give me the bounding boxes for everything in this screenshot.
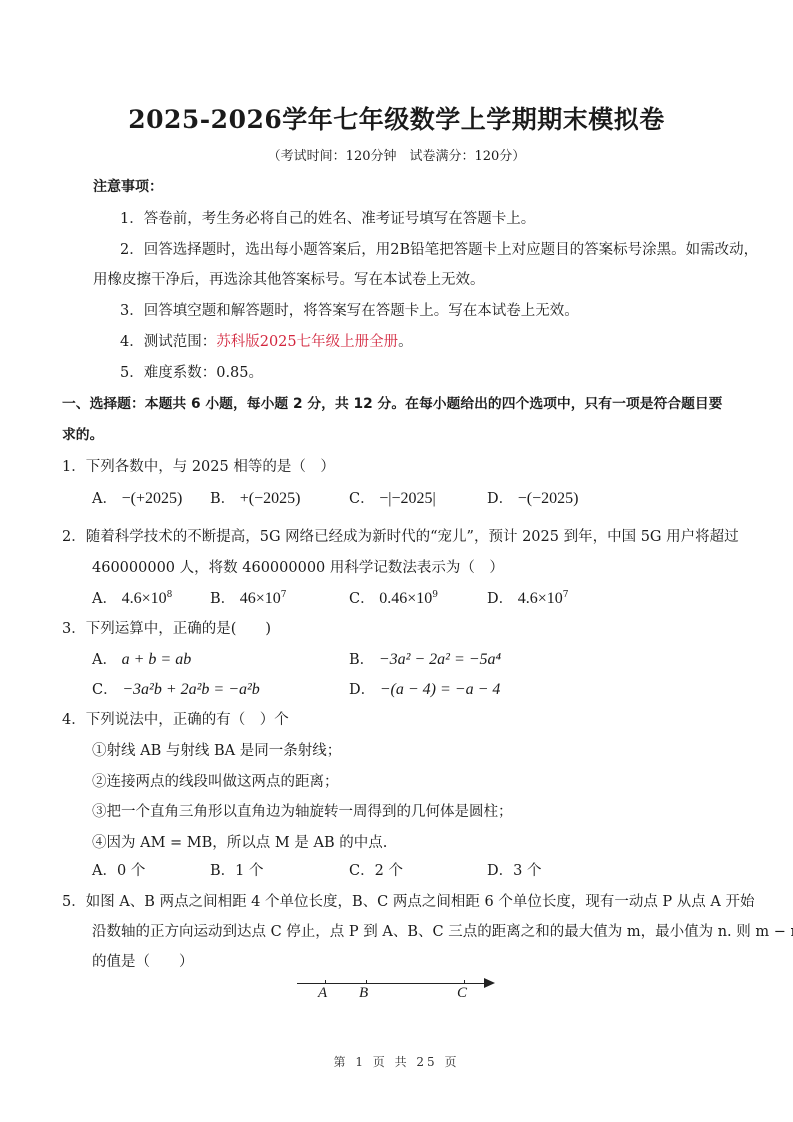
question-4-option-c: C．2 个 [349, 859, 403, 880]
option-base: 0.46×10 [379, 590, 432, 607]
option-label: D． [487, 591, 513, 607]
page-number: 第 1 页 共 25 页 [0, 1053, 793, 1070]
question-2-option-c: C． 0.46×109 [349, 587, 438, 608]
question-4-stem: 4．下列说法中，正确的有（ ）个 [62, 708, 289, 729]
option-label: A． [92, 591, 117, 607]
option-label: D． [487, 491, 513, 507]
tick-c [464, 980, 465, 984]
option-expr: −3a²b + 2a²b = −a²b [122, 681, 260, 698]
question-1-option-c: C． −|−2025| [349, 487, 436, 508]
option-label: B． [210, 491, 235, 507]
option-base: 46×10 [240, 590, 281, 607]
question-5-stem-line3: 的值是（ ） [92, 950, 194, 971]
option-label: C． [92, 682, 118, 698]
question-3-option-b: B． −3a² − 2a² = −5a⁴ [349, 648, 501, 669]
question-1-option-a: A． −(+2025) [92, 487, 182, 508]
option-label: B． [210, 591, 235, 607]
question-2-option-b: B． 46×107 [210, 587, 287, 608]
option-exponent: 9 [432, 590, 438, 600]
option-label: A． [92, 652, 117, 668]
question-3-stem: 3．下列运算中，正确的是( ) [62, 617, 271, 638]
question-4-option-b: B．1 个 [210, 859, 264, 880]
notice-heading: 注意事项： [93, 176, 163, 196]
question-4-statement-2: ②连接两点的线段叫做这两点的距离； [92, 770, 339, 791]
notice-item-4-label: 4．测试范围： [120, 334, 216, 350]
notice-item-2: 2．回答选择题时，选出每小题答案后，用2B铅笔把答题卡上对应题目的答案标号涂黑。… [120, 238, 758, 259]
question-3-option-a: A． a + b = ab [92, 648, 191, 669]
option-expr: −(+2025) [122, 490, 183, 507]
arrow-right-icon [484, 978, 495, 988]
notice-item-4: 4．测试范围：苏科版2025七年级上册全册。 [120, 330, 413, 351]
option-expr: 1 个 [235, 863, 263, 879]
option-expr: 0 个 [117, 863, 145, 879]
option-expr: −3a² − 2a² = −5a⁴ [379, 651, 501, 668]
notice-item-5: 5．难度系数：0.85。 [120, 361, 263, 382]
question-4-option-a: A．0 个 [92, 859, 145, 880]
question-1-option-d: D． −(−2025) [487, 487, 578, 508]
option-expr: −|−2025| [379, 490, 435, 507]
option-label: B． [349, 652, 374, 668]
question-2-option-a: A． 4.6×108 [92, 587, 172, 608]
question-2-stem-line2: 460000000 人，将数 460000000 用科学记数法表示为（ ） [92, 556, 504, 577]
question-5-stem-line2: 沿数轴的正方向运动到达点 C 停止，点 P 到 A、B、C 三点的距离之和的最大… [92, 920, 793, 941]
question-4-statement-3: ③把一个直角三角形以直角边为轴旋转一周得到的几何体是圆柱； [92, 800, 513, 821]
option-exponent: 7 [563, 590, 569, 600]
option-label: C． [349, 491, 375, 507]
option-expr: a + b = ab [122, 651, 192, 668]
question-5-stem-line1: 5．如图 A、B 两点之间相距 4 个单位长度，B、C 两点之间相距 6 个单位… [62, 890, 754, 911]
notice-item-2-cont: 用橡皮擦干净后，再选涂其他答案标号。写在本试卷上无效。 [93, 268, 485, 289]
question-4-statement-1: ①射线 AB 与射线 BA 是同一条射线； [92, 739, 341, 760]
option-label: A． [92, 491, 117, 507]
question-3-option-d: D． −(a − 4) = −a − 4 [349, 678, 500, 699]
option-label: C． [349, 591, 375, 607]
section-heading-line2: 求的。 [62, 423, 103, 443]
exam-subtitle: （考试时间：120分钟 试卷满分：120分） [0, 145, 793, 164]
option-label: A． [92, 863, 117, 879]
tick-b [366, 980, 367, 984]
question-1-option-b: B． +(−2025) [210, 487, 300, 508]
point-label-a: A [318, 985, 327, 1002]
question-4-option-d: D．3 个 [487, 859, 541, 880]
option-label: C． [349, 863, 375, 879]
option-expr: −(a − 4) = −a − 4 [380, 681, 501, 698]
question-2-option-d: D． 4.6×107 [487, 587, 569, 608]
question-4-statement-4: ④因为 AM = MB，所以点 M 是 AB 的中点. [92, 831, 387, 852]
option-label: D． [349, 682, 375, 698]
notice-item-4-suffix: 。 [398, 334, 413, 350]
point-label-c: C [457, 985, 467, 1002]
option-expr: +(−2025) [240, 490, 301, 507]
section-heading-line1: 一、选择题：本题共 6 小题，每小题 2 分，共 12 分。在每小题给出的四个选… [62, 392, 722, 412]
option-exponent: 7 [281, 590, 287, 600]
question-3-option-c: C． −3a²b + 2a²b = −a²b [92, 678, 260, 699]
option-expr: −(−2025) [518, 490, 579, 507]
option-expr: 2 个 [375, 863, 403, 879]
exam-title: 2025-2026学年七年级数学上学期期末模拟卷 [0, 100, 793, 136]
tick-a [325, 980, 326, 984]
option-label: D． [487, 863, 513, 879]
option-expr: 3 个 [513, 863, 541, 879]
option-label: B． [210, 863, 235, 879]
notice-item-1: 1．答卷前，考生务必将自己的姓名、准考证号填写在答题卡上。 [120, 207, 535, 228]
question-2-stem-line1: 2．随着科学技术的不断提高，5G 网络已经成为新时代的“宠儿”，预计 2025 … [62, 525, 739, 546]
option-base: 4.6×10 [518, 590, 563, 607]
notice-item-3: 3．回答填空题和解答题时，将答案写在答题卡上。写在本试卷上无效。 [120, 299, 579, 320]
option-exponent: 8 [167, 590, 173, 600]
point-label-b: B [359, 985, 368, 1002]
option-base: 4.6×10 [122, 590, 167, 607]
question-1-stem: 1．下列各数中，与 2025 相等的是（ ） [62, 455, 335, 476]
test-scope-highlight: 苏科版2025七年级上册全册 [216, 334, 398, 350]
